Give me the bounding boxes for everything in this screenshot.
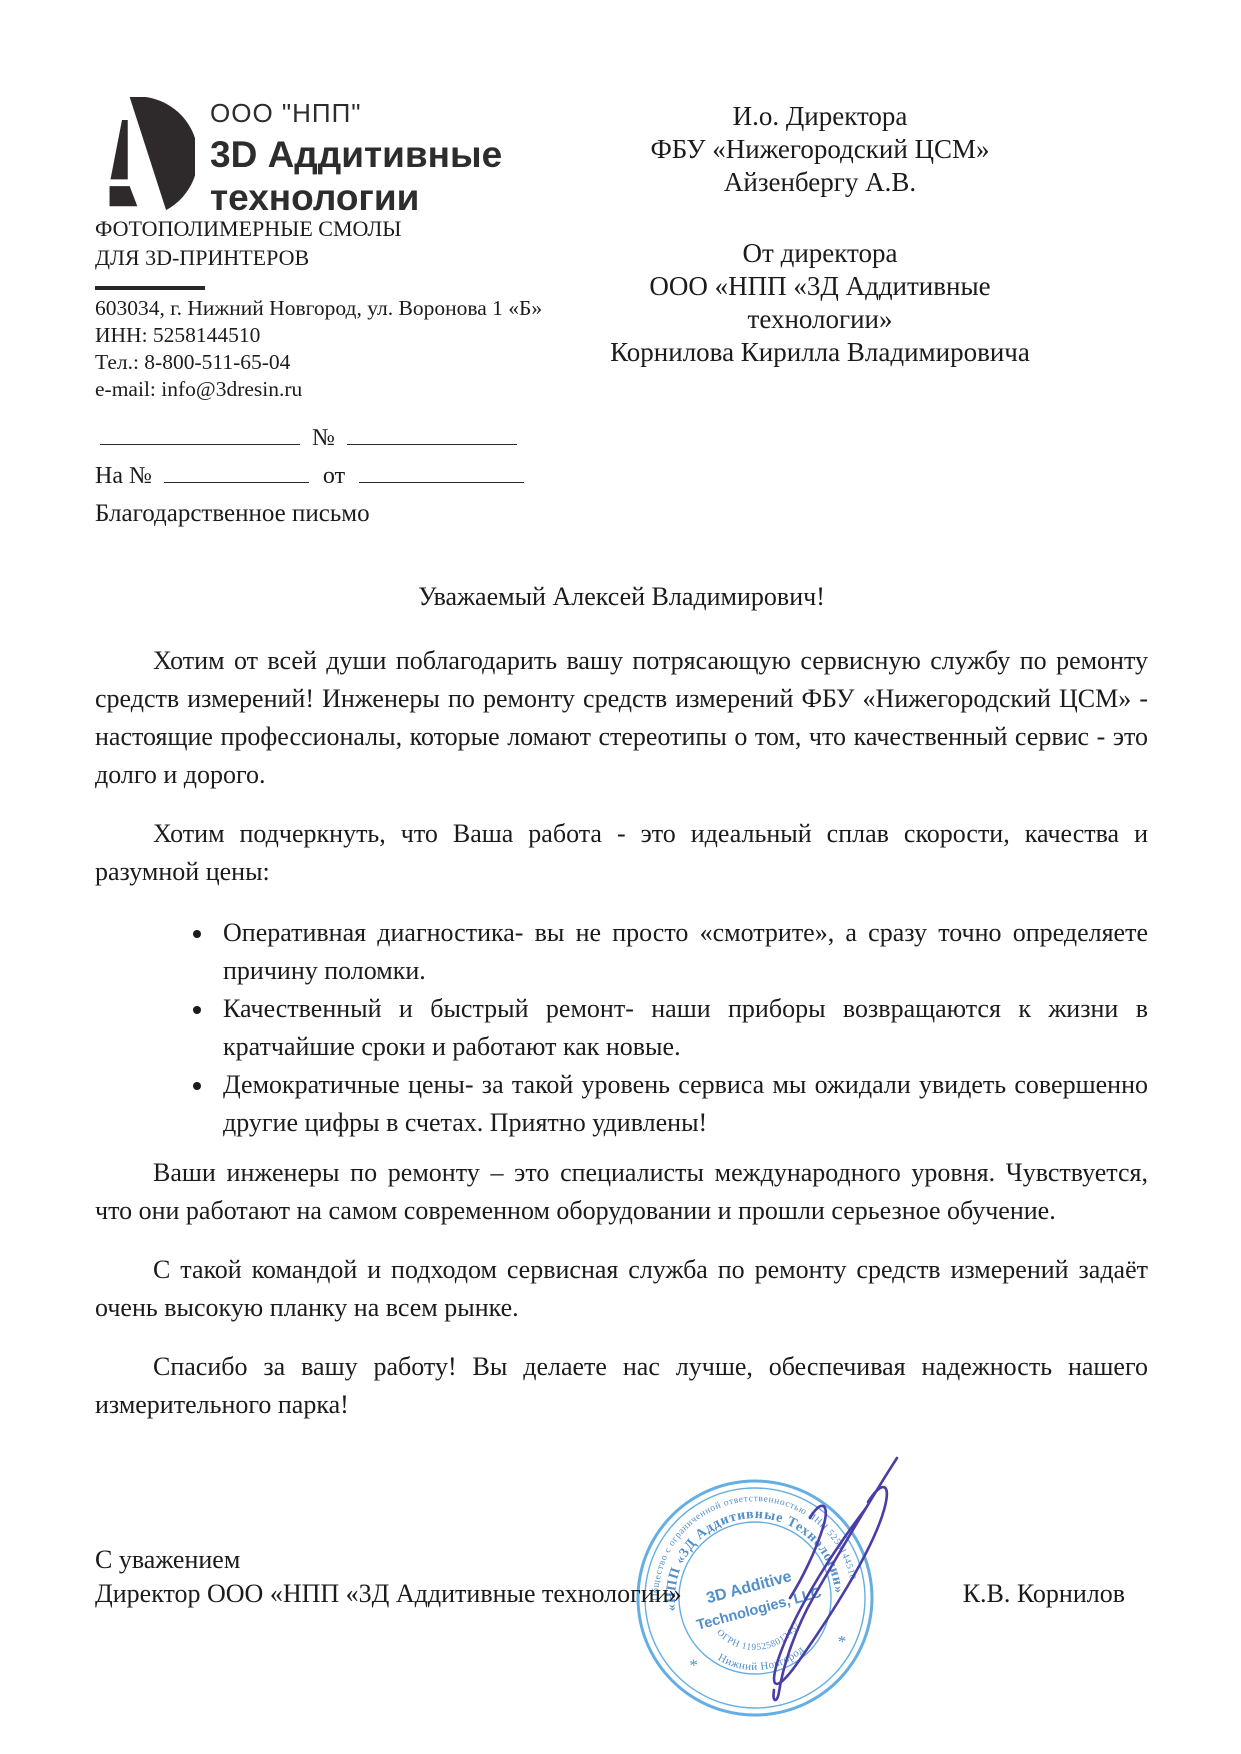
incoming-number-row: На № от bbox=[95, 462, 524, 490]
closing-line: С уважением bbox=[95, 1543, 1125, 1577]
incoming-number-blank bbox=[164, 462, 309, 483]
org-form: ООО "НПП" bbox=[210, 98, 502, 129]
recipient-position: И.о. Директора bbox=[540, 100, 1100, 133]
org-name-line1: 3D Аддитивные bbox=[210, 133, 502, 176]
paragraph-3: Ваши инженеры по ремонту – это специалис… bbox=[95, 1154, 1148, 1230]
paragraph-1: Хотим от всей души поблагодарить вашу по… bbox=[95, 642, 1148, 794]
company-inn: ИНН: 5258144510 bbox=[95, 322, 542, 349]
company-tagline: ФОТОПОЛИМЕРНЫЕ СМОЛЫ ДЛЯ 3D-ПРИНТЕРОВ bbox=[95, 214, 401, 272]
document-type-label: Благодарственное письмо bbox=[95, 500, 370, 528]
recipient-org: ФБУ «Нижегородский ЦСМ» bbox=[540, 133, 1100, 166]
tagline-line2: ДЛЯ 3D-ПРИНТЕРОВ bbox=[95, 243, 401, 272]
signer-name: К.В. Корнилов bbox=[963, 1577, 1125, 1611]
from-label: от bbox=[323, 463, 345, 489]
sender-org-line1: ООО «НПП «3Д Аддитивные bbox=[540, 270, 1100, 303]
signature-block: С уважением Директор ООО «НПП «3Д Аддити… bbox=[95, 1543, 1125, 1611]
company-address: 603034, г. Нижний Новгород, ул. Воронова… bbox=[95, 295, 542, 322]
salutation: Уважаемый Алексей Владимирович! bbox=[95, 578, 1148, 616]
org-name-line2: технологии bbox=[210, 176, 502, 219]
bullet-item-2: Качественный и быстрый ремонт- наши приб… bbox=[215, 990, 1148, 1066]
letter-body: Уважаемый Алексей Владимирович! Хотим от… bbox=[95, 578, 1148, 1424]
recipient-block: И.о. Директора ФБУ «Нижегородский ЦСМ» А… bbox=[540, 100, 1100, 369]
company-email: e-mail: info@3dresin.ru bbox=[95, 376, 542, 403]
recipient-name: Айзенбергу А.В. bbox=[540, 166, 1100, 199]
bullet-item-3: Демократичные цены- за такой уровень сер… bbox=[215, 1066, 1148, 1142]
incoming-date-blank bbox=[359, 462, 524, 483]
signer-title: Директор ООО «НПП «3Д Аддитивные техноло… bbox=[95, 1577, 682, 1611]
tagline-line1: ФОТОПОЛИМЕРНЫЕ СМОЛЫ bbox=[95, 214, 401, 243]
letterhead-divider bbox=[95, 286, 205, 290]
sender-org-line2: технологии» bbox=[540, 303, 1100, 336]
paragraph-2: Хотим подчеркнуть, что Ваша работа - это… bbox=[95, 815, 1148, 891]
sender-label: От директора bbox=[540, 237, 1100, 270]
outgoing-number-row: № bbox=[100, 424, 517, 452]
on-number-label: На № bbox=[95, 463, 152, 489]
company-logo-text: ООО "НПП" 3D Аддитивные технологии bbox=[210, 98, 502, 219]
outgoing-date-blank bbox=[100, 424, 300, 445]
company-contacts: 603034, г. Нижний Новгород, ул. Воронова… bbox=[95, 295, 542, 403]
outgoing-number-blank bbox=[347, 424, 517, 445]
number-sign: № bbox=[312, 425, 335, 451]
sender-name: Корнилова Кирилла Владимировича bbox=[540, 336, 1100, 369]
paragraph-5: Спасибо за вашу работу! Вы делаете нас л… bbox=[95, 1348, 1148, 1424]
scanned-letter-page: ООО "НПП" 3D Аддитивные технологии ФОТОП… bbox=[0, 0, 1241, 1754]
paragraph-4: С такой командой и подходом сервисная сл… bbox=[95, 1251, 1148, 1327]
bullet-item-1: Оперативная диагностика- вы не просто «с… bbox=[215, 914, 1148, 990]
company-logo-icon bbox=[95, 97, 195, 212]
bullet-list: Оперативная диагностика- вы не просто «с… bbox=[95, 914, 1148, 1142]
company-phone: Тел.: 8-800-511-65-04 bbox=[95, 349, 542, 376]
